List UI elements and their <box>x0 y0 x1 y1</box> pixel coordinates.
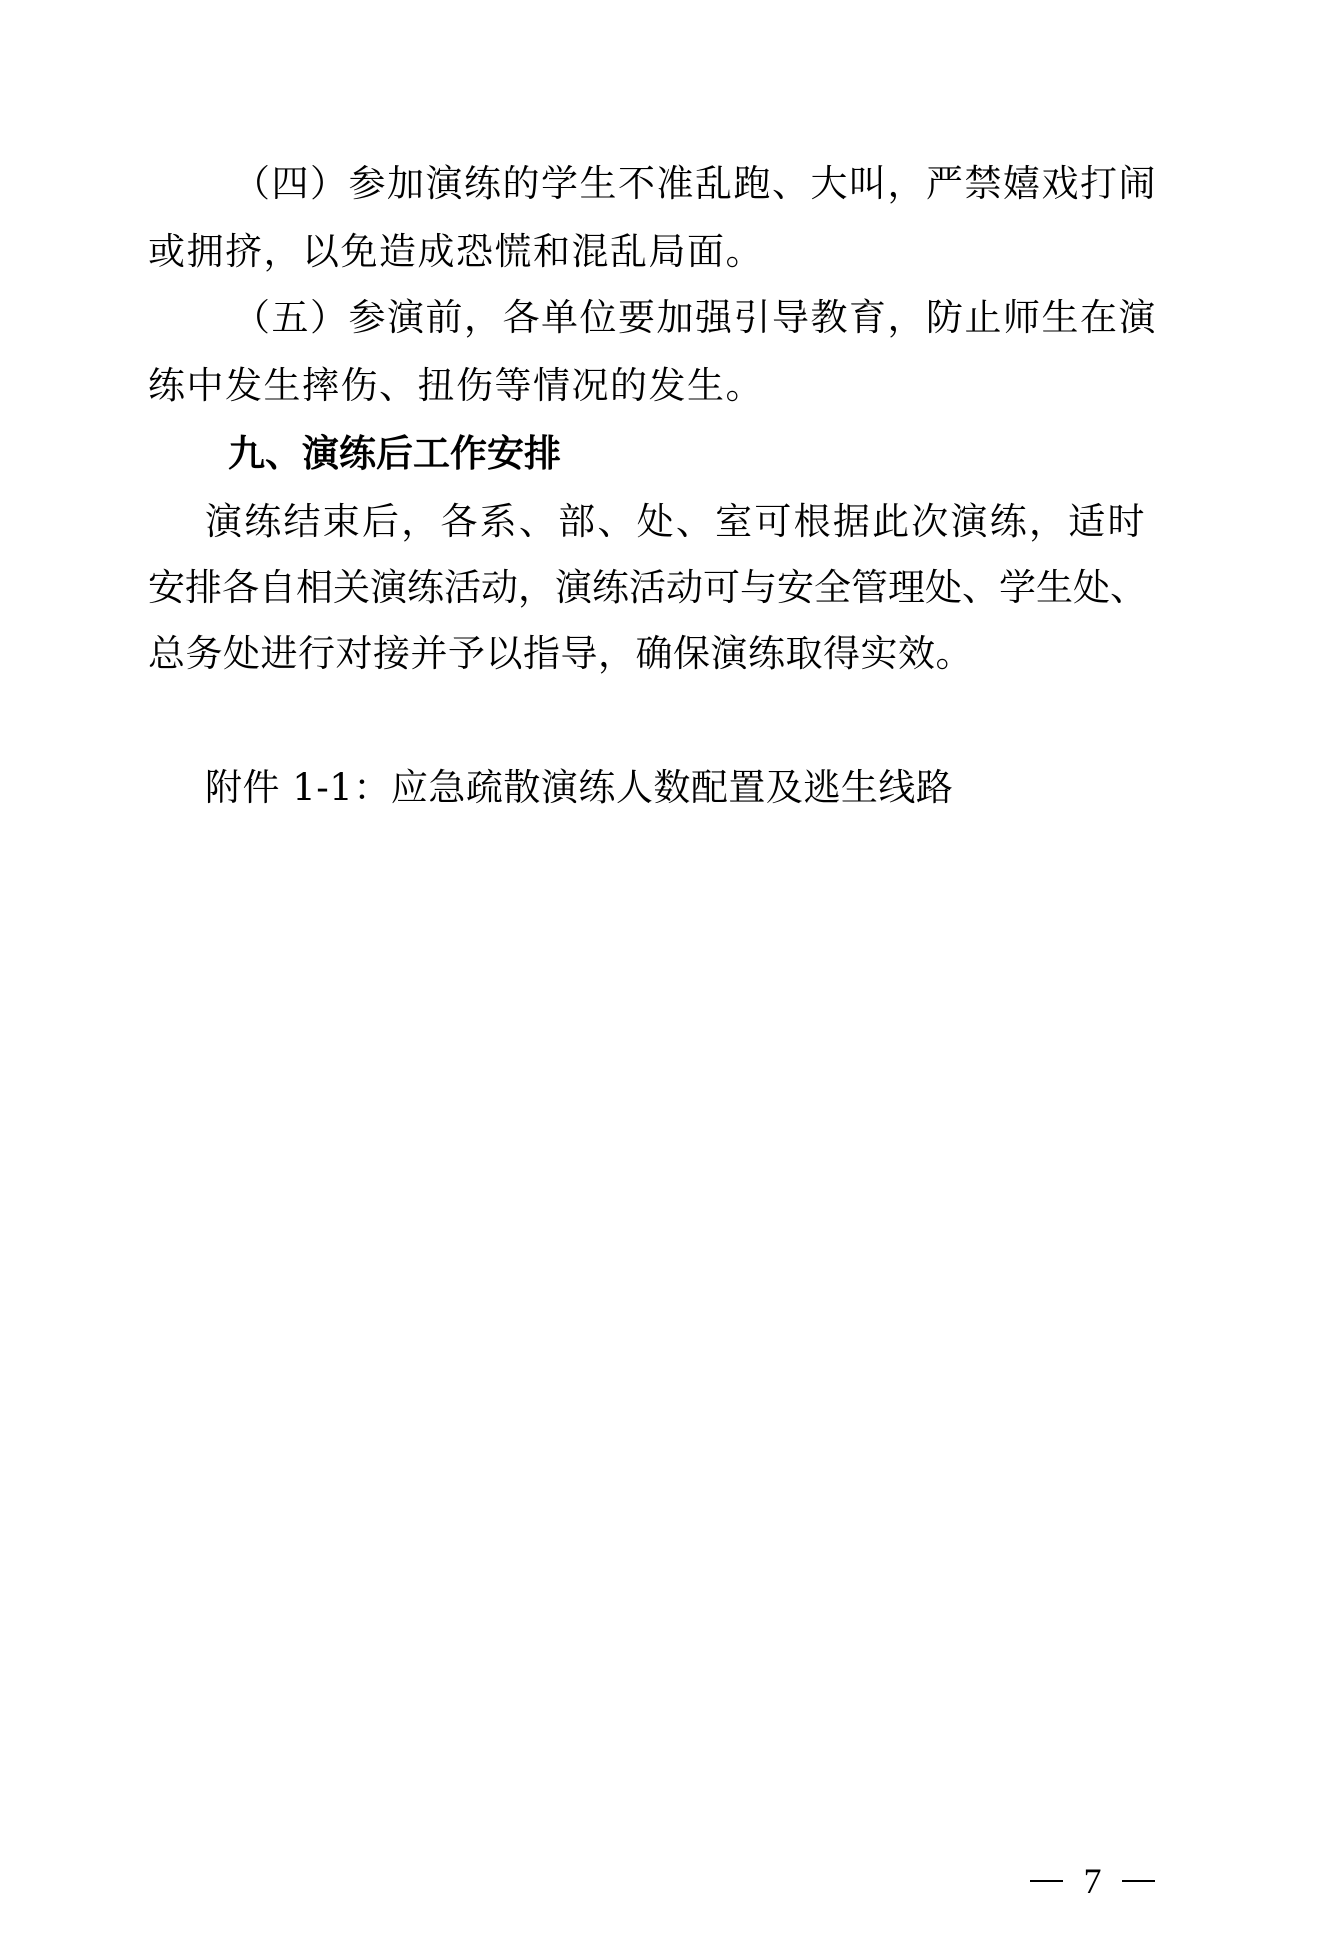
paragraph-item-4-line-2: 或拥挤，以免造成恐慌和混乱局面。 <box>148 228 1148 276</box>
section-heading: 九、演练后工作安排 <box>228 430 1228 478</box>
section-body-line-1: 演练结束后，各系、部、处、室可根据此次演练，适时 <box>205 498 1146 546</box>
page-number-dash-right <box>1122 1880 1155 1882</box>
section-body-line-2: 安排各自相关演练活动，演练活动可与安全管理处、学生处、 <box>148 564 1146 612</box>
document-page: （四）参加演练的学生不准乱跑、大叫，严禁嬉戏打闹 或拥挤，以免造成恐慌和混乱局面… <box>0 0 1329 1942</box>
paragraph-item-5-line-1: （五）参演前，各单位要加强引导教育，防止师生在演 <box>233 294 1146 342</box>
page-number: 7 <box>1030 1856 1155 1906</box>
paragraph-item-5-line-2: 练中发生摔伤、扭伤等情况的发生。 <box>148 362 1148 410</box>
page-number-value: 7 <box>1084 1860 1102 1902</box>
section-body-line-3: 总务处进行对接并予以指导，确保演练取得实效。 <box>148 630 1148 678</box>
attachment-reference: 附件 1-1：应急疏散演练人数配置及逃生线路 <box>205 764 1205 812</box>
paragraph-item-4-line-1: （四）参加演练的学生不准乱跑、大叫，严禁嬉戏打闹 <box>233 160 1146 208</box>
page-number-dash-left <box>1030 1880 1063 1882</box>
